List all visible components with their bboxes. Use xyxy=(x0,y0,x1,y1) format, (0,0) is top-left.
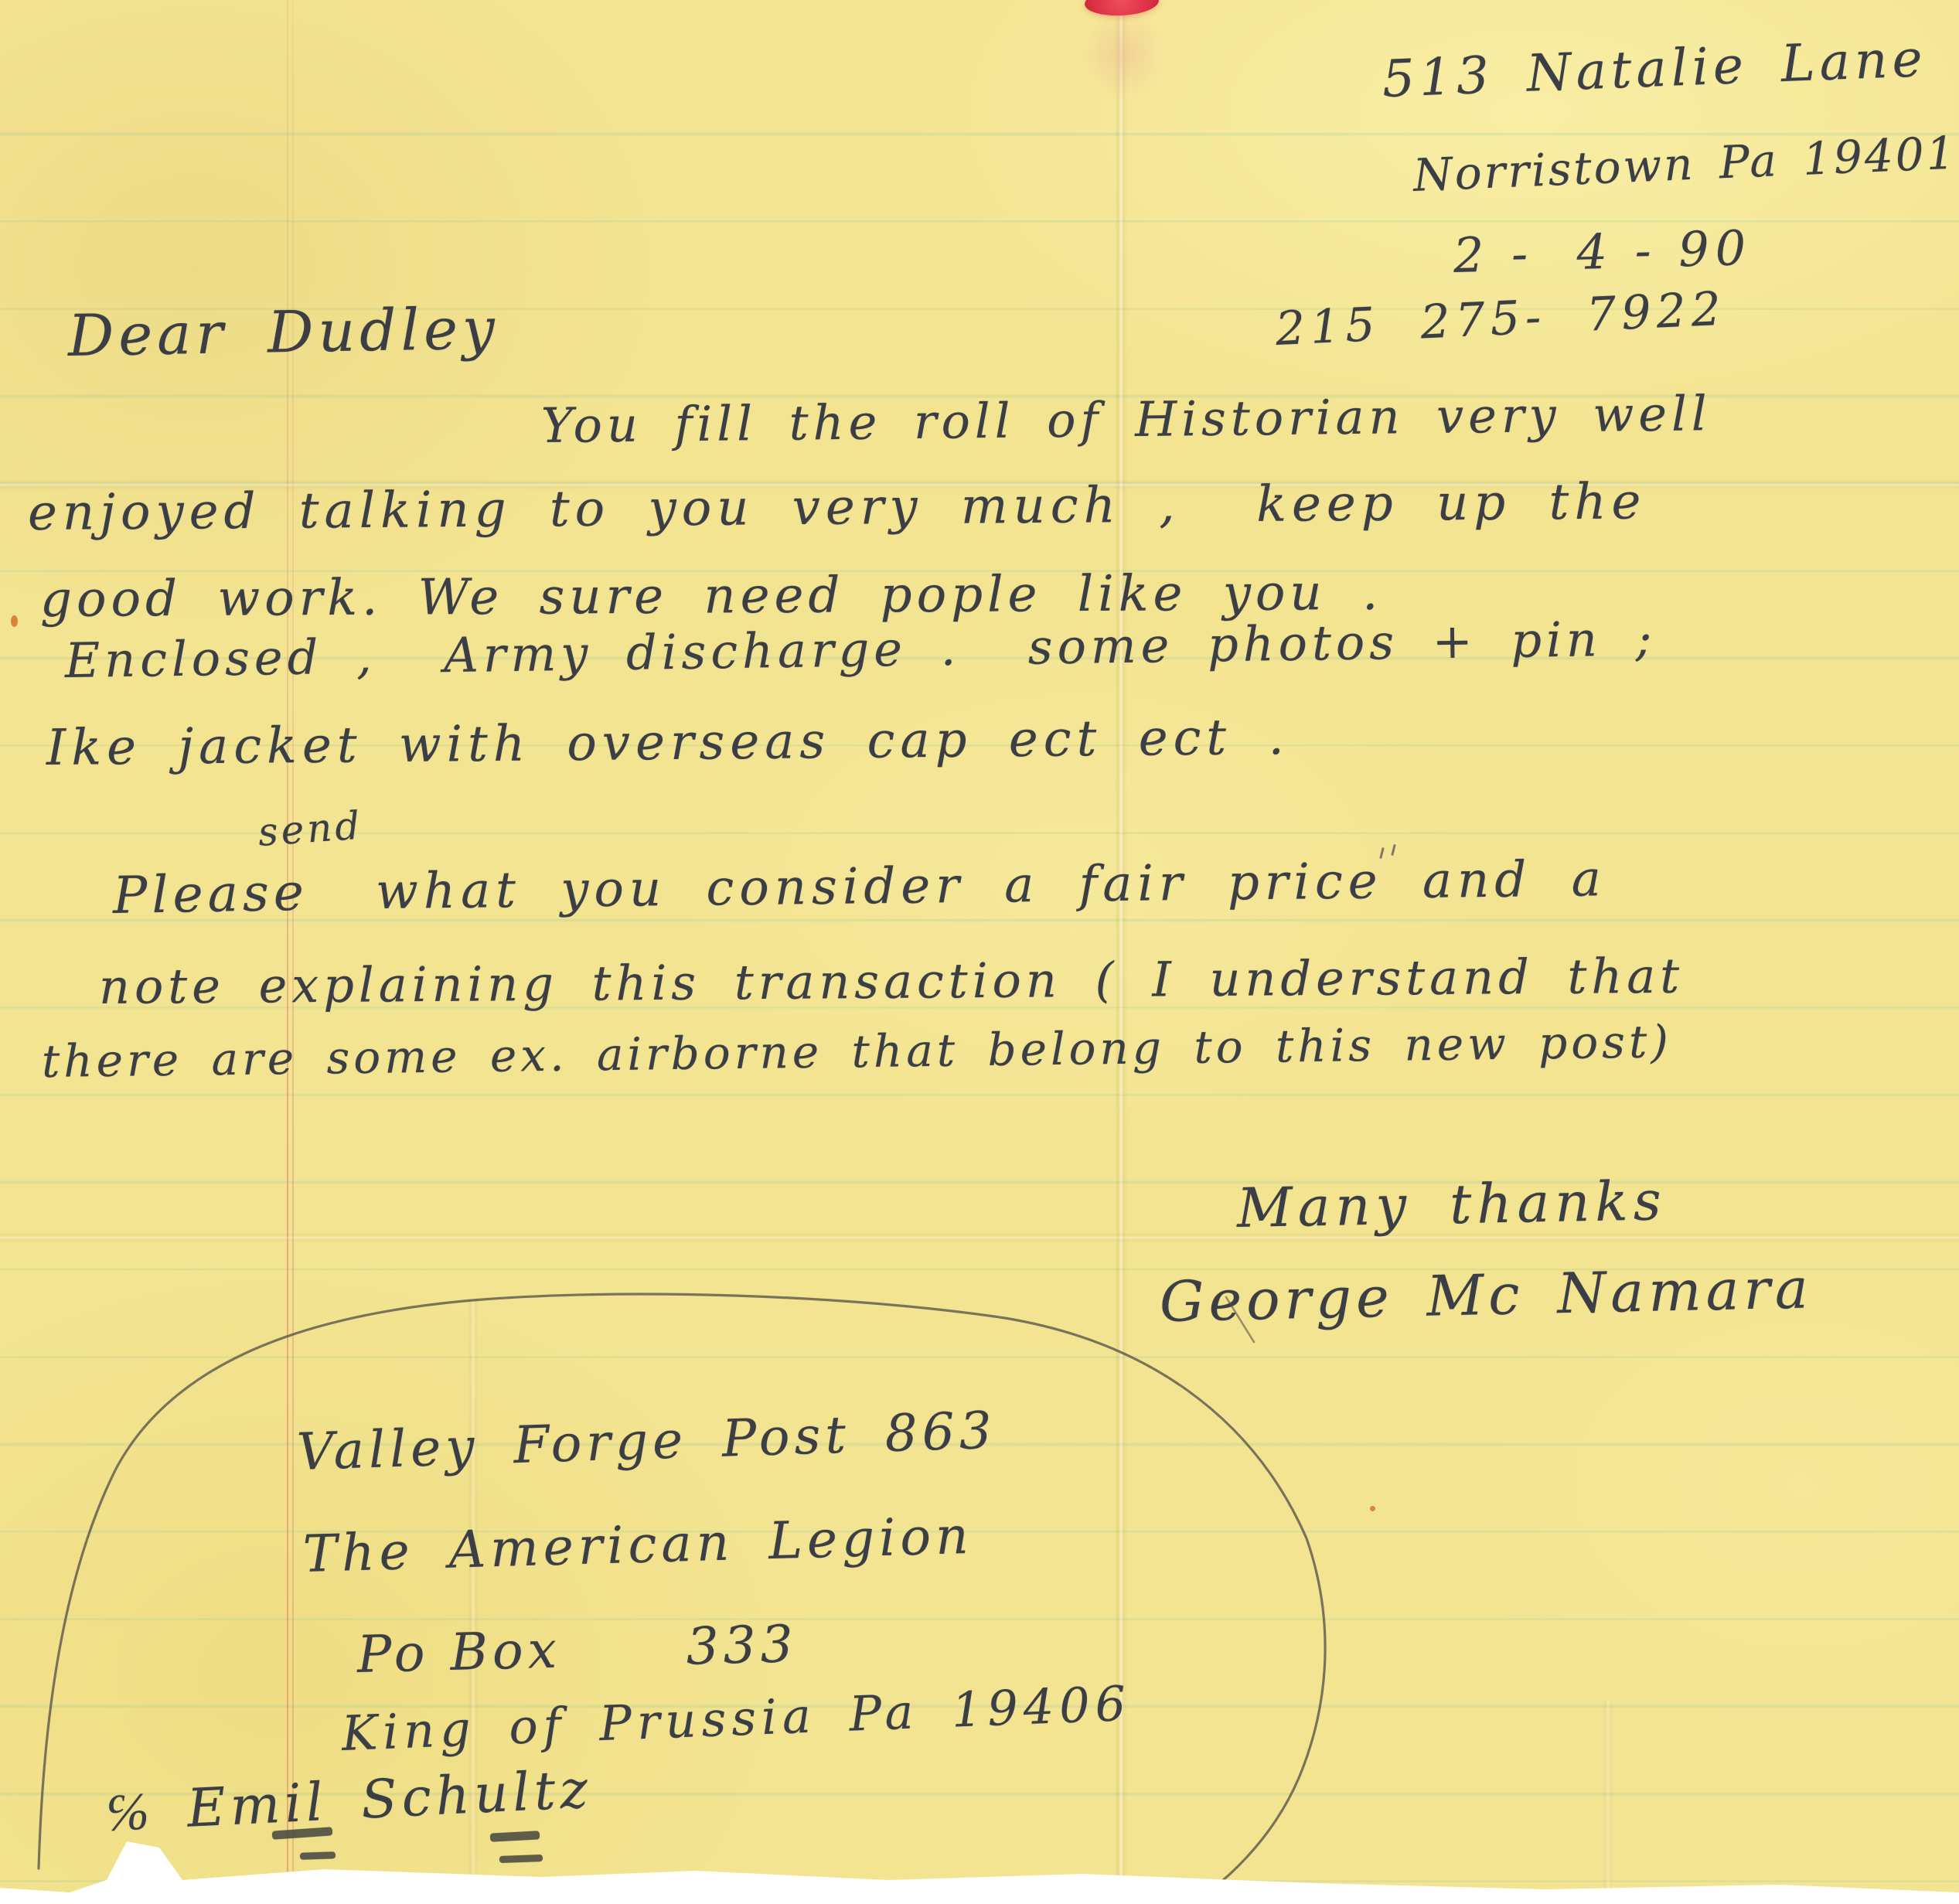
fold-crease-horizontal-2 xyxy=(0,1232,1959,1243)
body-line-8: there are some ex. airborne that belong … xyxy=(42,1019,1673,1084)
underline-dash xyxy=(499,1855,543,1863)
sender-address-line-1: 513 Natalie Lane xyxy=(1382,33,1928,105)
margin-line xyxy=(287,0,295,1904)
letter-date: 2 - 4 - 90 xyxy=(1453,224,1753,280)
underline-dash xyxy=(300,1851,336,1860)
signature: George Mc Namara xyxy=(1159,1260,1813,1330)
body-line-5: Ike jacket with overseas cap ect ect . xyxy=(46,713,1290,773)
underline-dash xyxy=(136,1893,162,1901)
circled-address-line-4: King of Prussia Pa 19406 xyxy=(341,1680,1132,1758)
orange-speck xyxy=(11,615,18,627)
seal-stain xyxy=(1081,8,1166,100)
body-line-1: You fill the roll of Historian very well xyxy=(541,390,1712,450)
red-speck xyxy=(1370,1506,1375,1511)
closing-thanks: Many thanks xyxy=(1236,1173,1667,1235)
circled-address-line-1: Valley Forge Post 863 xyxy=(296,1405,997,1478)
phone-number: 215 275- 7922 xyxy=(1275,286,1727,353)
underline-dash xyxy=(122,1870,163,1882)
body-line-7: note explaining this transaction ( I und… xyxy=(99,952,1685,1011)
underline-dash xyxy=(490,1831,540,1841)
body-line-2: enjoyed talking to you very much , keep … xyxy=(28,477,1647,538)
letter-page: 513 Natalie Lane Norristown Pa 19401 2 -… xyxy=(0,0,1959,1904)
circled-address-line-3: Po Box 333 xyxy=(356,1619,798,1681)
fold-crease-vertical-3 xyxy=(1602,1701,1614,1904)
body-line-6-rest: what you consider a fair price and a xyxy=(376,854,1606,917)
circled-address-line-5: ℅ Emil Schultz xyxy=(104,1763,593,1840)
body-line-6-start: Please xyxy=(112,867,308,921)
salutation: Dear Dudley xyxy=(67,300,499,365)
red-seal xyxy=(1084,0,1160,17)
sender-address-line-2: Norristown Pa 19401 xyxy=(1412,131,1958,198)
torn-paper-edge xyxy=(0,1841,1959,1904)
circled-address-line-2: The American Legion xyxy=(302,1511,973,1580)
inserted-word: send xyxy=(257,806,364,852)
